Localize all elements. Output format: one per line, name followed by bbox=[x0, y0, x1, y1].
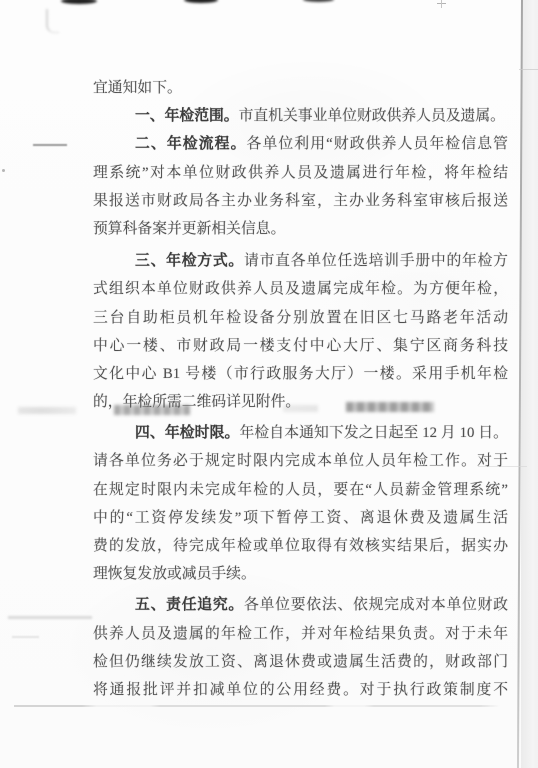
text-line: 文化中心 B1 号楼（市行政服务大厅）一楼。采用手机年检 bbox=[93, 360, 508, 388]
scan-dot bbox=[2, 169, 5, 172]
scan-gray-line bbox=[33, 144, 67, 146]
section-heading: 四、年检时限。 bbox=[135, 425, 239, 441]
scanned-document-page: 宜通知如下。一、年检范围。市直机关事业单位财政供养人员及遗属。二、年检流程。各单… bbox=[0, 0, 538, 768]
text-line: 费的发放，待完成年检或单位取得有效核实结果后，据实办 bbox=[93, 532, 508, 560]
text-line: 检但仍继续发放工资、离退休费或遗属生活费的，财政部门 bbox=[93, 648, 508, 676]
text-line: 中的“工资停发续发”项下暂停工资、离退休费及遗属生活 bbox=[93, 504, 508, 532]
text-line: 一、年检范围。市直机关事业单位财政供养人员及遗属。 bbox=[93, 102, 508, 130]
section-heading: 二、年检流程。 bbox=[135, 136, 247, 152]
body-text: 费的发放，待完成年检或单位取得有效核实结果后，据实办 bbox=[93, 538, 508, 554]
body-text: 供养人员及遗属的年检工作，并对年检结果负责。对于未年 bbox=[93, 626, 508, 642]
scan-squiggle-mark bbox=[46, 9, 59, 33]
section-heading: 三、年检方式。 bbox=[135, 253, 244, 269]
section-heading: 五、责任追究。 bbox=[135, 597, 244, 613]
text-line: 五、责任追究。各单位要依法、依规完成对本单位财政 bbox=[93, 591, 508, 619]
bottom-faint-line bbox=[14, 705, 500, 707]
text-line: 中心一楼、市财政局一楼支付中心大厅、集宁区商务科技 bbox=[93, 332, 508, 360]
text-line: 供养人员及遗属的年检工作，并对年检结果负责。对于未年 bbox=[93, 620, 508, 648]
text-line: 四、年检时限。年检自本通知下发之日起至 12 月 10 日。 bbox=[93, 419, 508, 447]
edge-crease-line-top bbox=[519, 69, 538, 70]
scan-streak-top-3 bbox=[303, 0, 334, 2]
scan-streak-top-1 bbox=[61, 0, 97, 4]
text-line: 果报送市财政局各主办业务科室，主办业务科室审核后报送 bbox=[93, 187, 508, 215]
text-line: 预算科备案并更新相关信息。 bbox=[93, 215, 508, 243]
body-text: 将通报批评并扣减单位的公用经费。对于执行政策制度不 bbox=[93, 682, 508, 698]
body-text: 文化中心 B1 号楼（市行政服务大厅）一楼。采用手机年检 bbox=[93, 366, 508, 382]
text-line: 理系统”对本单位财政供养人员及遗属进行年检，将年检结 bbox=[93, 159, 508, 187]
body-text: 中心一楼、市财政局一楼支付中心大厅、集宁区商务科技 bbox=[93, 338, 508, 354]
text-line: 理恢复发放或减员手续。 bbox=[93, 560, 508, 588]
body-text: 果报送市财政局各主办业务科室，主办业务科室审核后报送 bbox=[93, 193, 508, 209]
text-line: 宜通知如下。 bbox=[93, 74, 508, 102]
text-line: 在规定时限内未完成年检的人员，要在“人员薪金管理系统” bbox=[93, 476, 508, 504]
page-edge-shading bbox=[521, 0, 538, 768]
text-line: 式组织本单位财政供养人员及遗属完成年检。为方便年检， bbox=[93, 275, 508, 303]
body-text: 理恢复发放或减员手续。 bbox=[93, 566, 256, 582]
margin-smudge-line-1 bbox=[8, 616, 92, 619]
body-text: 检但仍继续发放工资、离退休费或遗属生活费的，财政部门 bbox=[93, 654, 508, 670]
text-line: 的，年检所需二维码详见附件。 bbox=[93, 388, 508, 416]
scan-cross-mark bbox=[437, 0, 446, 8]
body-text: 的，年检所需二维码详见附件。 bbox=[93, 394, 300, 410]
body-text: 请各单位务必于规定时限内完成本单位人员年检工作。对于 bbox=[93, 453, 508, 469]
text-line: 三台自助柜员机年检设备分别放置在旧区七马路老年活动 bbox=[93, 304, 508, 332]
text-line: 请各单位务必于规定时限内完成本单位人员年检工作。对于 bbox=[93, 447, 508, 475]
body-text: 宜通知如下。 bbox=[93, 80, 182, 96]
page-fold-line bbox=[517, 0, 523, 768]
text-line: 二、年检流程。各单位利用“财政供养人员年检信息管 bbox=[93, 130, 508, 158]
body-text: 各单位利用“财政供养人员年检信息管 bbox=[247, 136, 508, 152]
body-text: 预算科备案并更新相关信息。 bbox=[93, 221, 285, 237]
margin-smudge-line-2 bbox=[12, 636, 39, 638]
body-text: 中的“工资停发续发”项下暂停工资、离退休费及遗属生活 bbox=[93, 510, 508, 526]
body-text: 式组织本单位财政供养人员及遗属完成年检。为方便年检， bbox=[93, 281, 508, 297]
body-text: 年检自本通知下发之日起至 12 月 10 日。 bbox=[239, 425, 508, 441]
text-line: 三、年检方式。请市直各单位任选培训手册中的年检方 bbox=[93, 247, 508, 275]
document-body: 宜通知如下。一、年检范围。市直机关事业单位财政供养人员及遗属。二、年检流程。各单… bbox=[93, 74, 508, 704]
bleedthrough-smudge-1 bbox=[18, 407, 76, 414]
section-heading: 一、年检范围。 bbox=[135, 108, 239, 124]
body-text: 各单位要依法、依规完成对本单位财政 bbox=[244, 597, 508, 613]
body-text: 理系统”对本单位财政供养人员及遗属进行年检，将年检结 bbox=[93, 165, 508, 181]
body-text: 请市直各单位任选培训手册中的年检方 bbox=[244, 253, 508, 269]
body-text: 三台自助柜员机年检设备分别放置在旧区七马路老年活动 bbox=[93, 310, 508, 326]
body-text: 市直机关事业单位财政供养人员及遗属。 bbox=[239, 108, 505, 124]
body-text: 在规定时限内未完成年检的人员，要在“人员薪金管理系统” bbox=[93, 482, 508, 498]
text-line: 将通报批评并扣减单位的公用经费。对于执行政策制度不 bbox=[93, 676, 508, 704]
scan-streak-top-2 bbox=[184, 0, 218, 3]
